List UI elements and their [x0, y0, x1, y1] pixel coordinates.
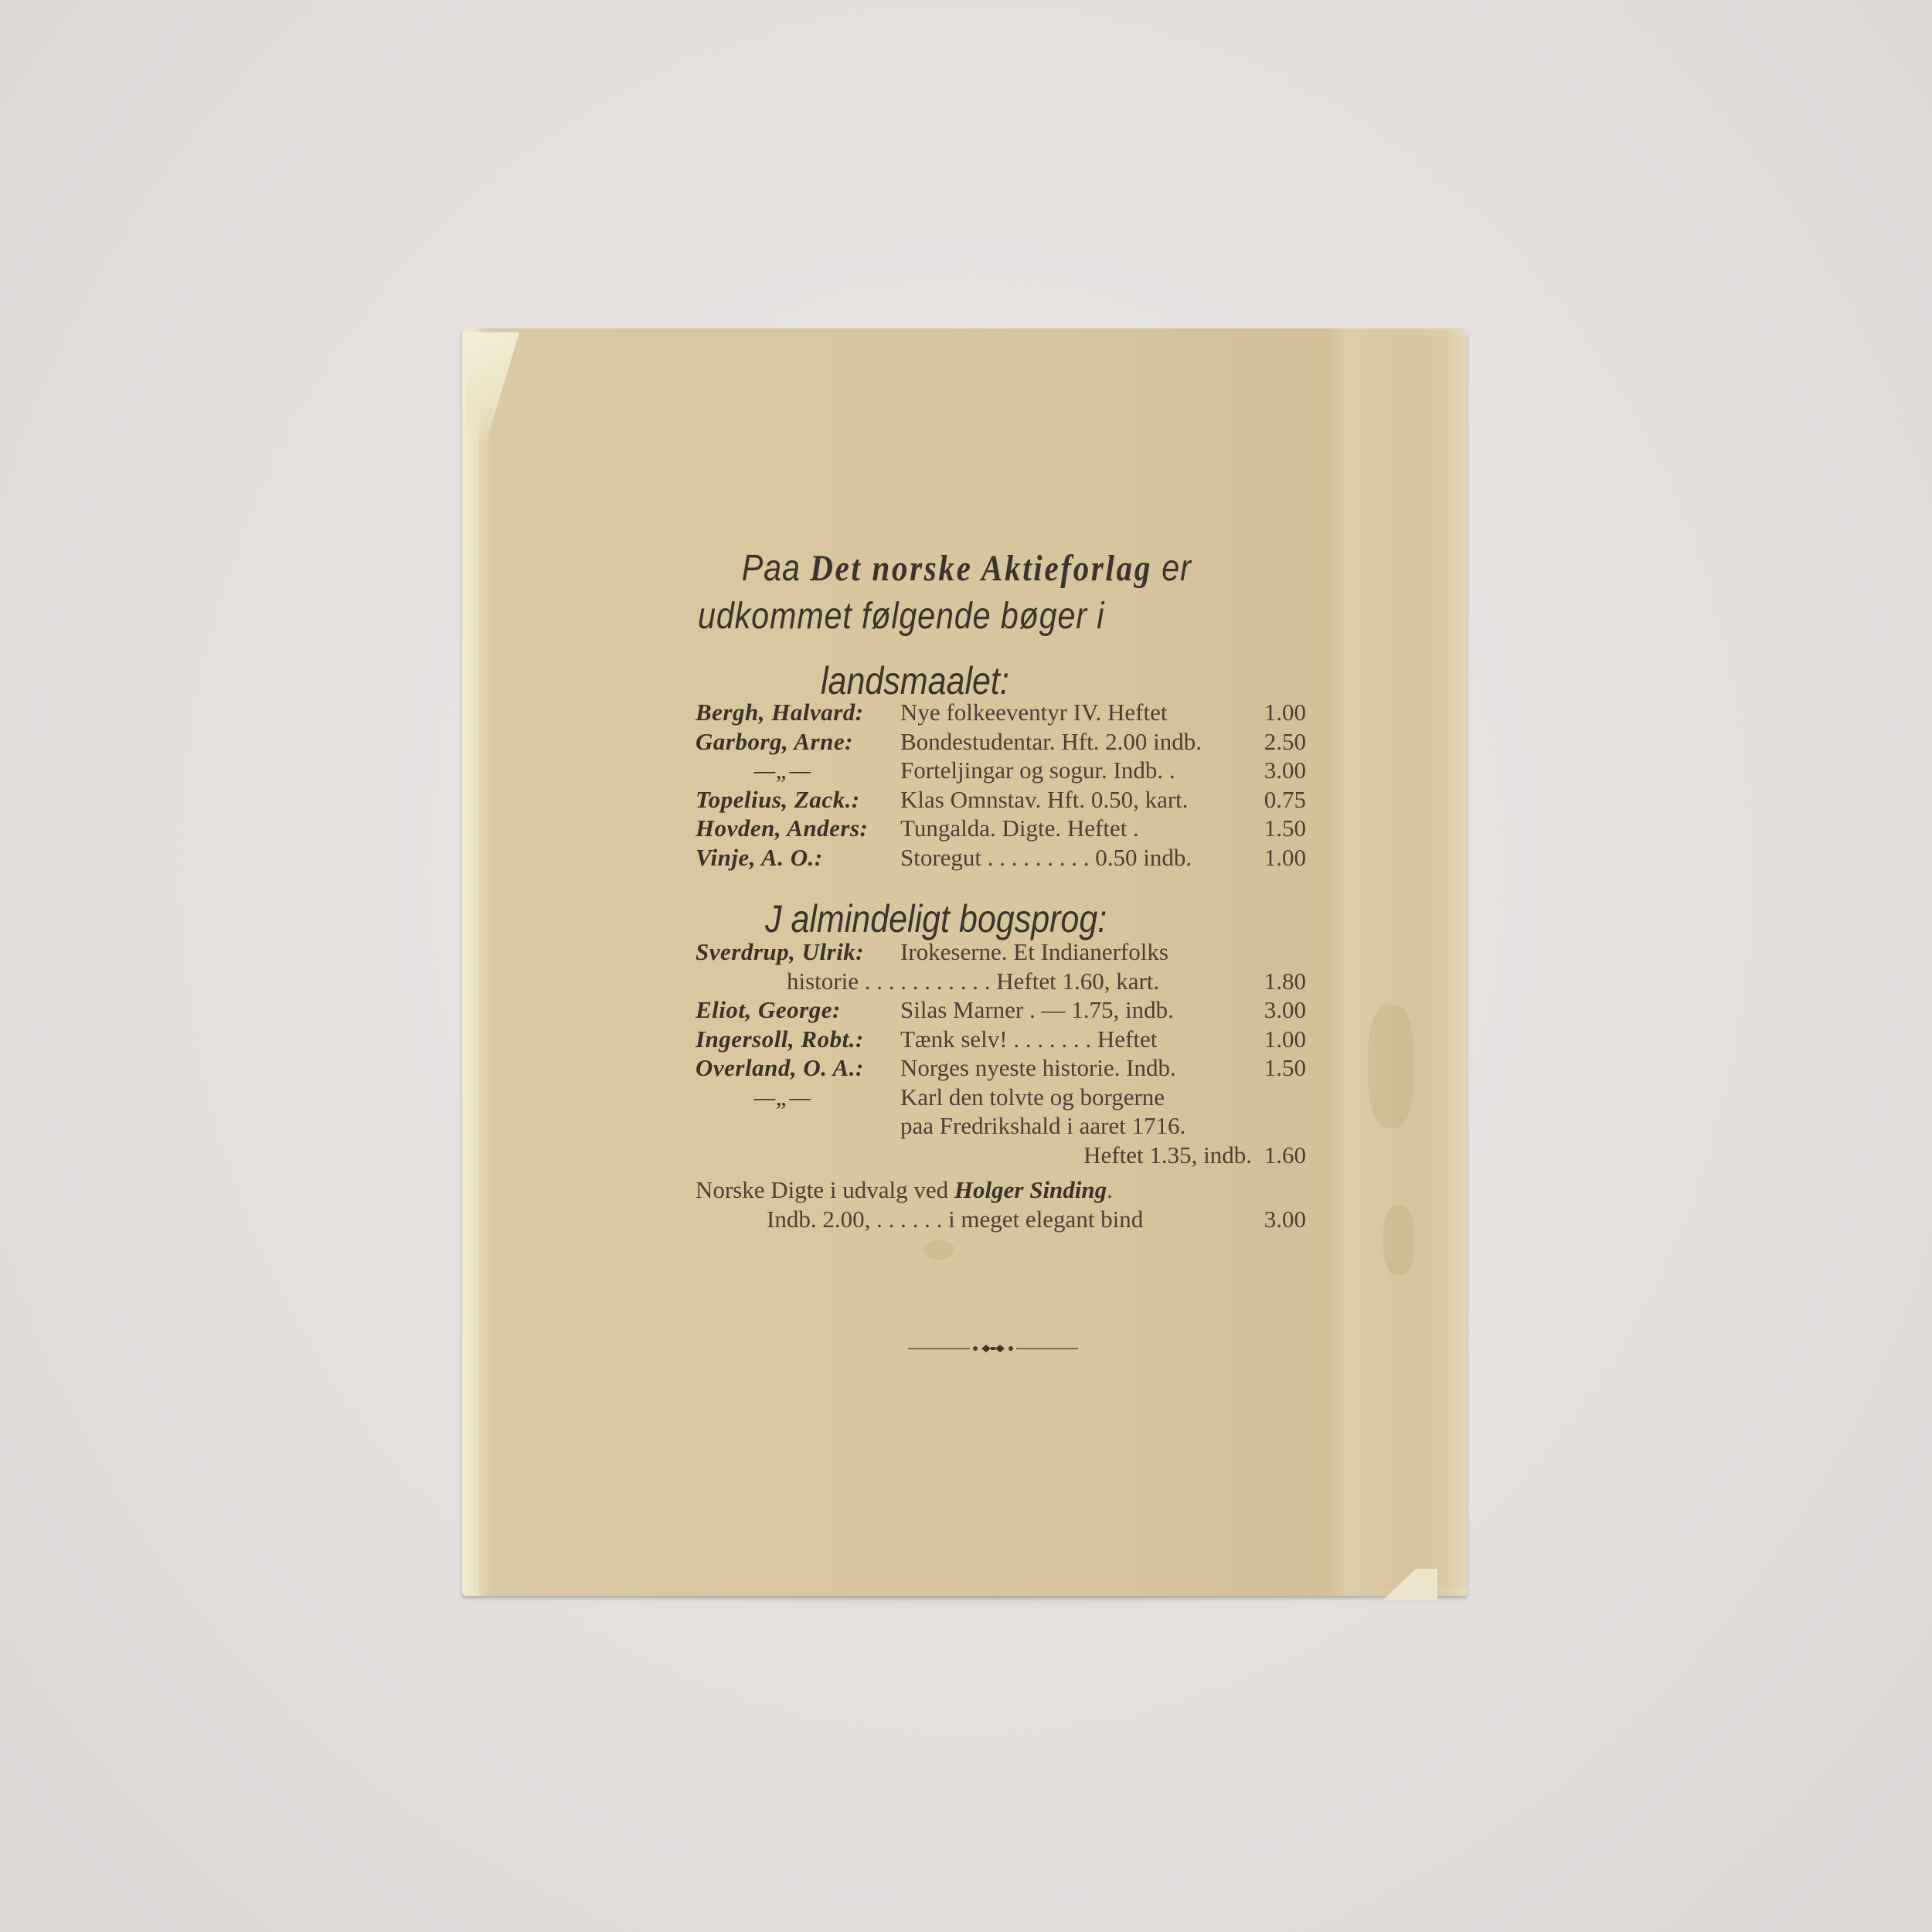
price: 0.75 — [1260, 785, 1306, 815]
price — [1260, 1111, 1306, 1141]
price — [1260, 937, 1306, 967]
intro-prefix: Paa — [742, 548, 801, 589]
price: 1.00 — [1260, 843, 1306, 872]
list-item: Ingersoll, Robt.:Tænk selv! . . . . . . … — [696, 1025, 1306, 1054]
fleuron-divider-icon — [904, 1341, 1082, 1356]
book-title: Forteljingar og sogur. Indb. . — [900, 756, 1260, 785]
list-item: Hovden, Anders:Tungalda. Digte. Heftet .… — [696, 814, 1306, 843]
list-item: Vinje, A. O.:Storegut . . . . . . . . . … — [696, 843, 1306, 872]
list-item: Sverdrup, Ulrik:Irokeserne. Et Indianerf… — [696, 937, 1306, 967]
book-title: Heftet 1.35, indb. — [1083, 1141, 1260, 1170]
book-title: Tænk selv! . . . . . . . Heftet — [900, 1025, 1260, 1054]
author: Garborg, Arne: — [696, 727, 900, 757]
book-title: historie . . . . . . . . . . . Heftet 1.… — [696, 967, 1260, 996]
book-title: Storegut . . . . . . . . . 0.50 indb. — [900, 843, 1260, 872]
editor-name: Holger Sinding — [954, 1175, 1107, 1205]
price: 3.00 — [1260, 995, 1306, 1025]
price: 1.50 — [1260, 1053, 1306, 1083]
author: Sverdrup, Ulrik: — [696, 937, 900, 967]
price: 3.00 — [1260, 756, 1306, 785]
book-title: paa Fredrikshald i aaret 1716. — [900, 1111, 1260, 1141]
price — [1260, 1083, 1306, 1112]
list-item: Garborg, Arne:Bondestudentar. Hft. 2.00 … — [696, 727, 1306, 757]
book-title: Irokeserne. Et Indianerfolks — [900, 937, 1260, 967]
book-list-bogsprog: Sverdrup, Ulrik:Irokeserne. Et Indianerf… — [696, 937, 1306, 1169]
intro-text: Paa Det norske Aktieforlag er udkommet f… — [698, 545, 1243, 641]
price: 3.00 — [1260, 1205, 1306, 1234]
intro-line-2: udkommet følgende bøger i — [698, 593, 1243, 641]
book-title: Karl den tolvte og borgerne — [900, 1083, 1260, 1112]
price: 1.60 — [1260, 1141, 1306, 1170]
binding-options: Indb. 2.00, . . . . . . i meget elegant … — [696, 1205, 1260, 1234]
price: 1.80 — [1260, 967, 1306, 996]
author: Topelius, Zack.: — [696, 785, 900, 815]
author: Vinje, A. O.: — [696, 843, 900, 872]
list-item: —„—Karl den tolvte og borgerne — [696, 1083, 1306, 1112]
author-ditto: —„— — [696, 756, 900, 785]
author: Bergh, Halvard: — [696, 698, 900, 727]
list-item: Heftet 1.35, indb.1.60 — [696, 1141, 1306, 1170]
book-title: Klas Omnstav. Hft. 0.50, kart. — [900, 785, 1260, 815]
anthology-title: Norske Digte i udvalg ved — [696, 1175, 948, 1205]
book-title: Tungalda. Digte. Heftet . — [900, 814, 1260, 843]
price: 1.00 — [1260, 1025, 1306, 1054]
punctuation: . — [1107, 1175, 1113, 1205]
author: Eliot, George: — [696, 995, 900, 1025]
list-item: historie . . . . . . . . . . . Heftet 1.… — [696, 967, 1306, 996]
list-item: Bergh, Halvard:Nye folkeeventyr IV. Heft… — [696, 698, 1306, 727]
list-item: —„—Forteljingar og sogur. Indb. .3.00 — [696, 756, 1306, 785]
printed-page: Paa Det norske Aktieforlag er udkommet f… — [0, 0, 1932, 1932]
list-item: Eliot, George:Silas Marner . — 1.75, ind… — [696, 995, 1306, 1025]
book-title: Bondestudentar. Hft. 2.00 indb. — [900, 727, 1260, 757]
price: 1.50 — [1260, 814, 1306, 843]
intro-suffix: er — [1162, 548, 1191, 589]
list-item: Indb. 2.00, . . . . . . i meget elegant … — [696, 1205, 1306, 1234]
author — [696, 1111, 900, 1141]
price: 1.00 — [1260, 698, 1306, 727]
list-item: Norske Digte i udvalg ved Holger Sinding… — [696, 1175, 1306, 1205]
book-title: Silas Marner . — 1.75, indb. — [900, 995, 1260, 1025]
book-title: Nye folkeeventyr IV. Heftet — [900, 698, 1260, 727]
book-list-landsmaalet: Bergh, Halvard:Nye folkeeventyr IV. Heft… — [696, 698, 1306, 872]
author: Hovden, Anders: — [696, 814, 900, 843]
anthology-listing: Norske Digte i udvalg ved Holger Sinding… — [696, 1175, 1306, 1233]
section-heading-bogsprog: J almindeligt bogsprog: — [765, 896, 1107, 941]
author: Overland, O. A.: — [696, 1053, 900, 1083]
author: Ingersoll, Robt.: — [696, 1025, 900, 1054]
section-heading-landsmaalet: landsmaalet: — [821, 658, 1009, 703]
list-item: Topelius, Zack.:Klas Omnstav. Hft. 0.50,… — [696, 785, 1306, 815]
price: 2.50 — [1260, 727, 1306, 757]
publisher-name: Det norske Aktieforlag — [810, 548, 1152, 589]
author-ditto: —„— — [696, 1083, 900, 1112]
book-title: Norges nyeste historie. Indb. — [900, 1053, 1260, 1083]
list-item: paa Fredrikshald i aaret 1716. — [696, 1111, 1306, 1141]
list-item: Overland, O. A.:Norges nyeste historie. … — [696, 1053, 1306, 1083]
